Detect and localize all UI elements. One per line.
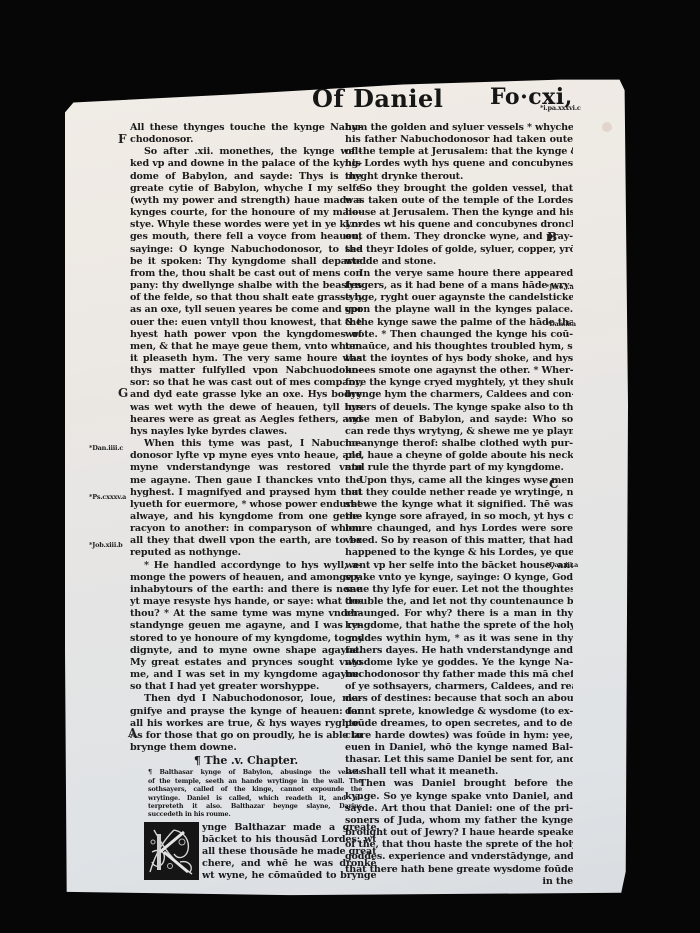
text-line: spake vnto ye kynge, sayinge: O kynge, G…: [345, 572, 573, 584]
text-line: In the verye same houre there appeared: [345, 268, 573, 280]
chapter-summary: ¶ Balthasar kynge of Babylon, abusinge t…: [130, 768, 362, 818]
margin-note-jeremiah: *Jere.l.a: [546, 283, 574, 291]
text-line: goddes wythin hym, * as it was sene in t…: [345, 633, 573, 645]
text-line: and rule the thyrde part of my kyngdome.: [345, 462, 573, 474]
text-line: clare harde dowtes) was foūde in hym: ye…: [345, 730, 573, 742]
text-line: sayinge: O kynge Nabuchodonosor, to the: [130, 244, 362, 256]
margin-letter-c: C: [549, 477, 559, 491]
text-line: happened to the kynge & his Lordes, ye q…: [345, 547, 573, 559]
text-line: and dyd eate grasse lyke an oxe. Hys bod…: [130, 389, 362, 401]
text-line: euen in Daniel, whō the kynge named Bal-: [345, 742, 573, 754]
text-line: was taken oute of the temple of the Lord…: [345, 195, 573, 207]
text-line: soners of Juda, whom my father the kynge: [345, 815, 573, 827]
text-line: fathers dayes. He hath vnderstandynge an…: [345, 645, 573, 657]
paragraph-then-was-daniel: Then was Daniel brought before thekynge.…: [345, 778, 573, 875]
text-line: donosor lyfte vp myne eyes vnto heaue, a…: [130, 450, 362, 462]
text-line: the kynge sore afrayed, in so moch, yt h…: [345, 511, 573, 523]
text-line: heares were as great as Aegles fethers, …: [130, 414, 362, 426]
text-line: that there hath bene greate wysdome foūd…: [345, 864, 573, 876]
text-line: pany: thy dwellynge shalbe with the beas…: [130, 280, 362, 292]
text-line: hys nayles lyke byrdes clawes.: [130, 426, 362, 438]
text-line: house at Jerusalem. Then the kynge and h…: [345, 207, 573, 219]
paragraph-when-this-tyme: When this tyme was past, I Nabucho-donos…: [130, 438, 362, 560]
text-line: As for those that go on proudly, he is a…: [130, 730, 362, 742]
catchword: in the: [345, 876, 573, 888]
margin-note-job: *Job.xiii.b: [89, 541, 123, 549]
text-line: All these thynges touche the kynge Nabu-: [130, 122, 362, 134]
text-line: So they brought the golden vessel, that: [345, 183, 573, 195]
text-line: chaunged. For why? there is a man in thy: [345, 608, 573, 620]
text-line: ges mouth, there fell a voyce from heaue…: [130, 231, 362, 243]
text-line: from the, thou shalt be cast out of mens…: [130, 268, 362, 280]
text-line: thasar. Let this same Daniel be sent for…: [345, 754, 573, 766]
text-line: so that I had yet greater worshyppe.: [130, 681, 362, 693]
margin-note-1-paralipomenon: *i.pa.xxxvi.c: [540, 104, 581, 112]
text-line: succedeth in his roume.: [148, 810, 362, 818]
text-line: hyghest. I magnifyed and praysed hym tha…: [130, 487, 362, 499]
text-line: trouble the, and let not thy countenaunc…: [345, 596, 573, 608]
running-head-title: Of Daniel: [312, 84, 443, 113]
text-line: Lordes wt his quene and concubynes dronc…: [345, 219, 573, 231]
text-line: brynge hym the charmers, Caldees and con…: [345, 389, 573, 401]
text-line: fore the kynge cryed myghtely, yt they s…: [345, 377, 573, 389]
text-line: ked vp and downe in the palace of the ky…: [130, 158, 362, 170]
text-line: tynge, ryght ouer agaynste the candelsti…: [345, 292, 573, 304]
paper-spot: [602, 122, 612, 132]
paragraph-golden-vessels: hym the golden and syluer vessels * whyc…: [345, 122, 573, 183]
text-line: wysdome lyke ye goddes. Ye the kynge Na-: [345, 657, 573, 669]
text-line: sayde. Art thou that Daniel: one of the …: [345, 803, 573, 815]
text-line: be it spoken: Thy kyngdome shall departe: [130, 256, 362, 268]
text-line: Then was Daniel brought before the: [345, 778, 573, 790]
text-line: (wyth my power and strength) haue made a: [130, 195, 362, 207]
text-line: myght drynke therout.: [345, 171, 573, 183]
text-line: knees smote one agaynst the other. * Whe…: [345, 365, 573, 377]
text-line: alwaye, and his kyngdome from one gene-: [130, 511, 362, 523]
text-line: ¶ Balthasar kynge of Babylon, abusinge t…: [148, 768, 362, 776]
margin-note-dan-iiii: *Dan.iiii.c: [89, 444, 123, 452]
text-line: all his workes are true, & hys wayes ryg…: [130, 718, 362, 730]
text-line: inhabytours of the earth: and there is n…: [130, 584, 362, 596]
text-line: Then dyd I Nabuchodonosor, loue, ma-: [130, 693, 362, 705]
text-line: Upon thys, came all the kinges wyse men:: [345, 475, 573, 487]
right-column: hym the golden and syluer vessels * whyc…: [345, 122, 573, 888]
decorated-initial-k-icon: [144, 822, 199, 880]
text-line: of the temple, seeth an hande wrytinge i…: [148, 777, 362, 785]
text-line: dome of Babylon, and sayde: Thys is the: [130, 171, 362, 183]
text-line: stored to ye honoure of my kyngdome, to …: [130, 633, 362, 645]
text-line: lyueth for euermore, * whose power endur…: [130, 499, 362, 511]
text-line: standynge geuen me agayne, and I was re-: [130, 620, 362, 632]
text-line: was wet wyth the dewe of heauen, tyll hy…: [130, 402, 362, 414]
text-line: greate cytie of Babylon, whyche I my sel…: [130, 183, 362, 195]
text-line: kyngdome, that hathe the sprete of the h…: [345, 620, 573, 632]
text-line: wrytinge. Daniel is called, which readet…: [148, 794, 362, 802]
text-line: kynge. So ye kynge spake vnto Daniel, an…: [345, 791, 573, 803]
paragraph-he-handled: * He handled accordynge to hys wyll, a-m…: [130, 560, 362, 694]
text-line: fyngers, as it had bene of a mans hāde w…: [345, 280, 573, 292]
margin-note-dan-ii: *Dan.ii.a: [546, 320, 576, 328]
text-line: brynge them downe.: [130, 742, 362, 754]
text-line: terpreteth it also. Balthazar beynge sla…: [148, 802, 362, 810]
left-column: All these thynges touche the kynge Nabu-…: [130, 122, 362, 883]
text-line: ouer the: euen vntyll thou knowest, that…: [130, 317, 362, 329]
text-line: can rede thys wrytyng, & shewe me ye pla…: [345, 426, 573, 438]
text-line: all they that dwell vpon the earth, are …: [130, 535, 362, 547]
text-line: racyon to another: in comparyson of whom: [130, 523, 362, 535]
paragraph-upon-thys: Upon thys, came all the kinges wyse men:…: [345, 475, 573, 779]
margin-letter-f: F: [118, 132, 127, 146]
text-line: When this tyme was past, I Nabucho-: [130, 438, 362, 450]
text-line: of the felde, so that thou shalt eate gr…: [130, 292, 362, 304]
text-line: ple, haue a cheyne of golde aboute his n…: [345, 450, 573, 462]
text-line: of ye sothsayers, charmers, Caldees, and…: [345, 681, 573, 693]
paragraph-after-twelve-months: So after .xii. monethes, the kynge wal-k…: [130, 146, 362, 438]
text-line: myne vnderstandynge was restored vnto: [130, 462, 362, 474]
text-line: sothsayers, called of the kinge, cannot …: [148, 785, 362, 793]
text-line: dignyte, and to myne owne shape agayne.: [130, 645, 362, 657]
text-line: thou? * At the same tyme was myne vnder-: [130, 608, 362, 620]
text-line: chodonosor.: [130, 134, 362, 146]
text-line: daunt sprete, knowledge & wysdome (to ex…: [345, 706, 573, 718]
margin-letter-b: B: [547, 230, 557, 244]
text-line: vpon the playne wall in the kynges palac…: [345, 304, 573, 316]
text-line: kynges courte, for the honoure of my mai…: [130, 207, 362, 219]
text-line: of the temple at Jerusalem: that the kyn…: [345, 146, 573, 158]
text-line: me agayne. Then gaue I thanckes vnto the: [130, 475, 362, 487]
margin-letter-a: A: [128, 726, 137, 740]
text-line: me, and I was set in my kyngdome agayne.: [130, 669, 362, 681]
paragraph-same-houre: In the verye same houre there appearedfy…: [345, 268, 573, 475]
text-line: My great estates and prynces sought vnto: [130, 657, 362, 669]
text-line: poūde dreames, to open secretes, and to …: [345, 718, 573, 730]
text-line: reputed as nothynge.: [130, 547, 362, 559]
text-line: it pleaseth hym. The very same houre was: [130, 353, 362, 365]
text-line: brought out of Jewry? I haue hearde spea…: [345, 827, 573, 839]
text-line: saue thy lyfe for euer. Let not the thou…: [345, 584, 573, 596]
opening-paragraph: ynge Balthazar made a greatebācket to hi…: [130, 822, 362, 883]
text-line: stye. Whyle these wordes were yet in ye …: [130, 219, 362, 231]
text-line: thys matter fulfylled vpon Nabchuodono-: [130, 365, 362, 377]
text-line: sed theyr Idoles of golde, syluer, coppe…: [345, 244, 573, 256]
margin-note-dan-iii: *Dan.iii.a: [546, 561, 578, 569]
text-line: as an oxe, tyll seuen yeares be come and…: [130, 304, 362, 316]
text-line: he shall tell what it meaneth.: [345, 766, 573, 778]
text-line: gnifye and prayse the kynge of heauen: f…: [130, 706, 362, 718]
paragraph-intro: All these thynges touche the kynge Nabu-…: [130, 122, 362, 146]
text-line: his father Nabuchodonosor had taken oute: [345, 134, 573, 146]
paragraph-then-dyd-i: Then dyd I Nabuchodonosor, loue, ma-gnif…: [130, 693, 362, 754]
text-line: wyse men of Babylon, and sayde: Who so: [345, 414, 573, 426]
text-line: tenaūce, and his thoughtes troubled hym,…: [345, 341, 573, 353]
text-line: goddes. experience and vnderstādynge, an…: [345, 851, 573, 863]
text-line: out of them. They droncke wyne, and pray…: [345, 231, 573, 243]
text-line: that the ioyntes of hys body shoke, and …: [345, 353, 573, 365]
text-line: meanynge therof: shalbe clothed wyth pur…: [345, 438, 573, 450]
text-line: men, & that he maye geue them, vnto whom: [130, 341, 362, 353]
text-line: vexed. So by reason of this matter, that…: [345, 535, 573, 547]
text-line: his Lordes wyth hys quene and concubynes: [345, 158, 573, 170]
text-line: hym the golden and syluer vessels * whyc…: [345, 122, 573, 134]
text-line: & the kynge sawe the palme of the hāde t…: [345, 317, 573, 329]
text-line: loure chaunged, and hys Lordes were sore: [345, 523, 573, 535]
text-line: iurers of deuels. The kynge spake also t…: [345, 402, 573, 414]
text-line: hyest hath power vpon the kyngdomes of: [130, 329, 362, 341]
text-line: but they coulde nether reade ye wrytinge…: [345, 487, 573, 499]
text-line: ders of destines: because that soch an a…: [345, 693, 573, 705]
text-line: monge the powers of heauen, and amonge y…: [130, 572, 362, 584]
paragraph-they-brought: So they brought the golden vessel, thatw…: [345, 183, 573, 268]
text-line: shewe the kynge what it signified. Thē w…: [345, 499, 573, 511]
text-line: * He handled accordynge to hys wyll, a-: [130, 560, 362, 572]
text-line: wrote. * Then chaunged the kynge his coū…: [345, 329, 573, 341]
text-line: went vp her selfe into the bācket house,…: [345, 560, 573, 572]
text-line: of the, that thou haste the sprete of th…: [345, 839, 573, 851]
text-line: sor: so that he was cast out of mes comp…: [130, 377, 362, 389]
text-line: buchodonosor thy father made this mā che…: [345, 669, 573, 681]
chapter-heading: ¶ The .v. Chapter.: [130, 755, 362, 767]
text-line: wodde and stone.: [345, 256, 573, 268]
text-line: yt maye resyste hys hande, or saye: what…: [130, 596, 362, 608]
margin-letter-g: G: [118, 386, 128, 400]
text-line: So after .xii. monethes, the kynge wal-: [130, 146, 362, 158]
margin-note-psalm: *Ps.cxxxv.a: [89, 493, 126, 501]
